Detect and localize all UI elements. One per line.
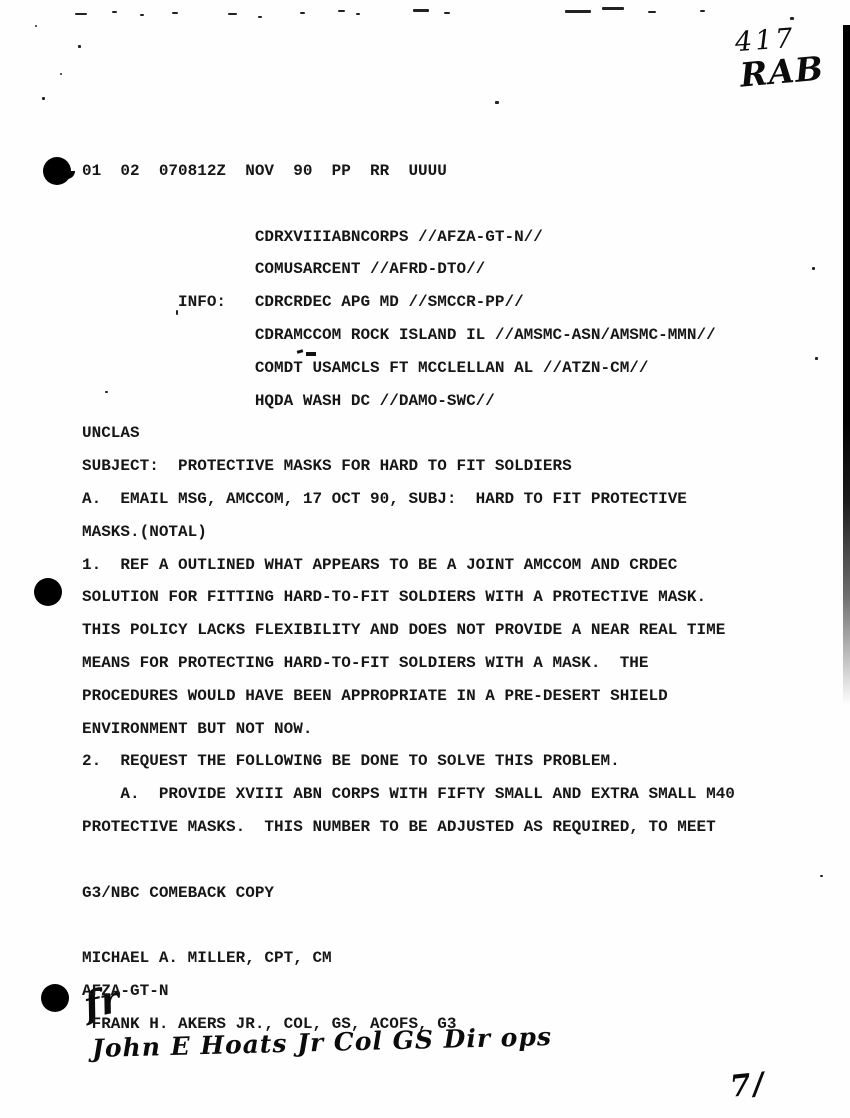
body-line: THIS POLICY LACKS FLEXIBILITY AND DOES N… [82,614,735,647]
scan-speck [790,17,794,20]
body-line: 2. REQUEST THE FOLLOWING BE DONE TO SOLV… [82,745,735,778]
scan-speck [413,9,429,12]
scan-speck [820,875,823,877]
header-line: 01 02 070812Z NOV 90 PP RR UUUU [82,155,735,188]
blank-line [82,909,735,942]
hole-punch [43,157,71,185]
address-line: HQDA WASH DC //DAMO-SWC// [82,385,735,418]
body-line: 1. REF A OUTLINED WHAT APPEARS TO BE A J… [82,549,735,582]
handwritten-initials: RAB [738,48,825,94]
subject-line: SUBJECT: PROTECTIVE MASKS FOR HARD TO FI… [82,450,735,483]
body-line: MEANS FOR PROTECTING HARD-TO-FIT SOLDIER… [82,647,735,680]
scan-speck [258,16,262,18]
address-line: COMUSARCENT //AFRD-DTO// [82,253,735,286]
office-symbol-line: AFZA-GT-N [82,975,735,1008]
handwritten-bottom-mark: 7/ [728,1066,767,1105]
hole-punch [34,578,62,606]
scanned-document-page: 417 RAB fr John E Hoats Jr Col GS Dir op… [0,0,850,1118]
blank-line [82,188,735,221]
blank-line [82,844,735,877]
classification-line: UNCLAS [82,417,735,450]
body-line: SOLUTION FOR FITTING HARD-TO-FIT SOLDIER… [82,581,735,614]
body-line: ENVIRONMENT BUT NOT NOW. [82,713,735,746]
scan-speck [172,12,178,14]
address-line: COMDT USAMCLS FT MCCLELLAN AL //ATZN-CM/… [82,352,735,385]
scan-speck [338,10,345,12]
reference-line: MASKS.(NOTAL) [82,516,735,549]
reference-line: A. EMAIL MSG, AMCCOM, 17 OCT 90, SUBJ: H… [82,483,735,516]
comeback-copy-line: G3/NBC COMEBACK COPY [82,877,735,910]
address-line: CDRAMCCOM ROCK ISLAND IL //AMSMC-ASN/AMS… [82,319,735,352]
scan-edge-bar [843,25,850,705]
address-line: CDRXVIIIABNCORPS //AFZA-GT-N// [82,221,735,254]
scan-speck [78,45,81,48]
scan-speck [228,13,237,15]
scan-speck [444,12,450,14]
scan-speck [42,97,45,100]
hole-punch [41,984,69,1012]
scan-speck [35,25,37,27]
body-line: PROTECTIVE MASKS. THIS NUMBER TO BE ADJU… [82,811,735,844]
scan-speck [75,13,87,15]
releaser-line: FRANK H. AKERS JR., COL, GS, ACOFS, G3 [82,1008,735,1041]
scan-speck [495,101,499,104]
scan-speck [700,10,705,12]
scan-speck [815,357,818,360]
scan-speck [565,10,591,13]
scan-speck [140,14,144,16]
scan-speck [300,12,305,14]
scan-speck [60,73,62,75]
scan-speck [602,7,624,10]
body-line: PROCEDURES WOULD HAVE BEEN APPROPRIATE I… [82,680,735,713]
scan-speck [356,13,360,15]
typed-message: 01 02 070812Z NOV 90 PP RR UUUU CDRXVIII… [82,155,735,1041]
scan-speck [112,11,117,13]
body-line: A. PROVIDE XVIII ABN CORPS WITH FIFTY SM… [82,778,735,811]
scan-speck [648,11,656,13]
scan-speck [812,267,815,270]
address-line-info: INFO: CDRCRDEC APG MD //SMCCR-PP// [82,286,735,319]
drafter-line: MICHAEL A. MILLER, CPT, CM [82,942,735,975]
